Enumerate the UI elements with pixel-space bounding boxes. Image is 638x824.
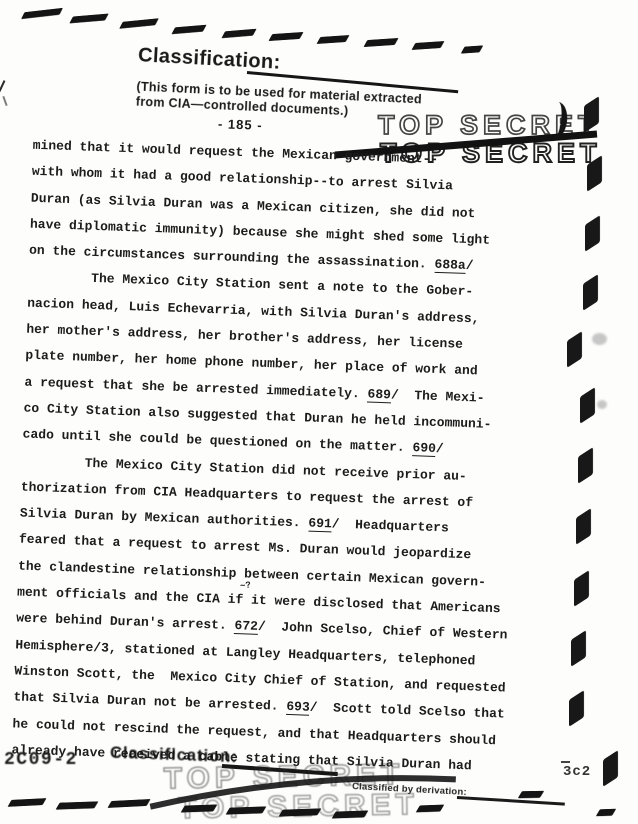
- tape-edge-mark: [518, 791, 544, 798]
- tape-edge-mark: [181, 804, 218, 812]
- body-text-segment: Silvia Duran by Mexican authorities.: [20, 506, 309, 531]
- tape-edge-mark: [7, 798, 46, 807]
- body-text-segment: / The Mexi-: [391, 387, 485, 405]
- body-text-segment: were behind Duran's arrest.: [16, 611, 235, 634]
- body-text-segment: / Headquarters: [332, 517, 449, 536]
- document-body: mined that it would request the Mexican …: [11, 133, 633, 785]
- footnote-ref: 689: [367, 386, 391, 403]
- body-text-segment: /: [436, 441, 444, 456]
- document-number-bottom-right: 3c2: [563, 764, 591, 780]
- tape-edge-mark: [56, 801, 99, 809]
- classification-label-top: Classification:: [137, 44, 281, 74]
- tape-edge-mark: [363, 38, 398, 47]
- edge-tick: [0, 80, 5, 92]
- body-text-segment: that Silvia Duran not be arrested.: [13, 690, 286, 715]
- footnote-ref: 690: [412, 440, 436, 457]
- body-text-segment: / John Scelso, Chief of Western: [258, 619, 508, 643]
- tape-edge-mark: [221, 29, 256, 39]
- footnote-ref: 693: [286, 699, 310, 716]
- tape-edge-mark: [279, 808, 322, 816]
- scanned-document-page: Classification: (This form is to be used…: [0, 0, 638, 824]
- body-text-segment: /: [465, 258, 473, 273]
- insert-mark-annotation: ~?: [240, 579, 252, 590]
- tape-edge-mark: [171, 25, 206, 35]
- tape-edge-mark: [119, 18, 159, 29]
- tape-edge-mark: [21, 8, 63, 19]
- page-number: - 185 -: [218, 116, 263, 133]
- document-number-bottom-left: 2C09-2: [4, 750, 78, 770]
- scan-smudge: [597, 400, 607, 409]
- tape-edge-mark: [316, 35, 349, 44]
- footnote-ref: 672: [234, 618, 258, 635]
- body-text-segment: / Scott told Scelso that: [309, 700, 504, 722]
- tape-edge-mark: [596, 809, 616, 817]
- footnote-ref: 688a: [434, 257, 466, 274]
- tape-edge-mark: [416, 805, 445, 813]
- tape-edge-mark: [461, 45, 484, 53]
- tape-edge-mark: [411, 41, 444, 50]
- tape-edge-mark: [69, 14, 108, 24]
- tape-edge-mark: [268, 32, 303, 41]
- footnote-ref: 691: [308, 516, 332, 533]
- tape-edge-mark: [226, 806, 267, 814]
- derivation-blank-line: [457, 796, 565, 805]
- edge-tick: [2, 96, 7, 106]
- tape-edge-mark: [332, 810, 369, 818]
- scan-smudge: [592, 333, 607, 345]
